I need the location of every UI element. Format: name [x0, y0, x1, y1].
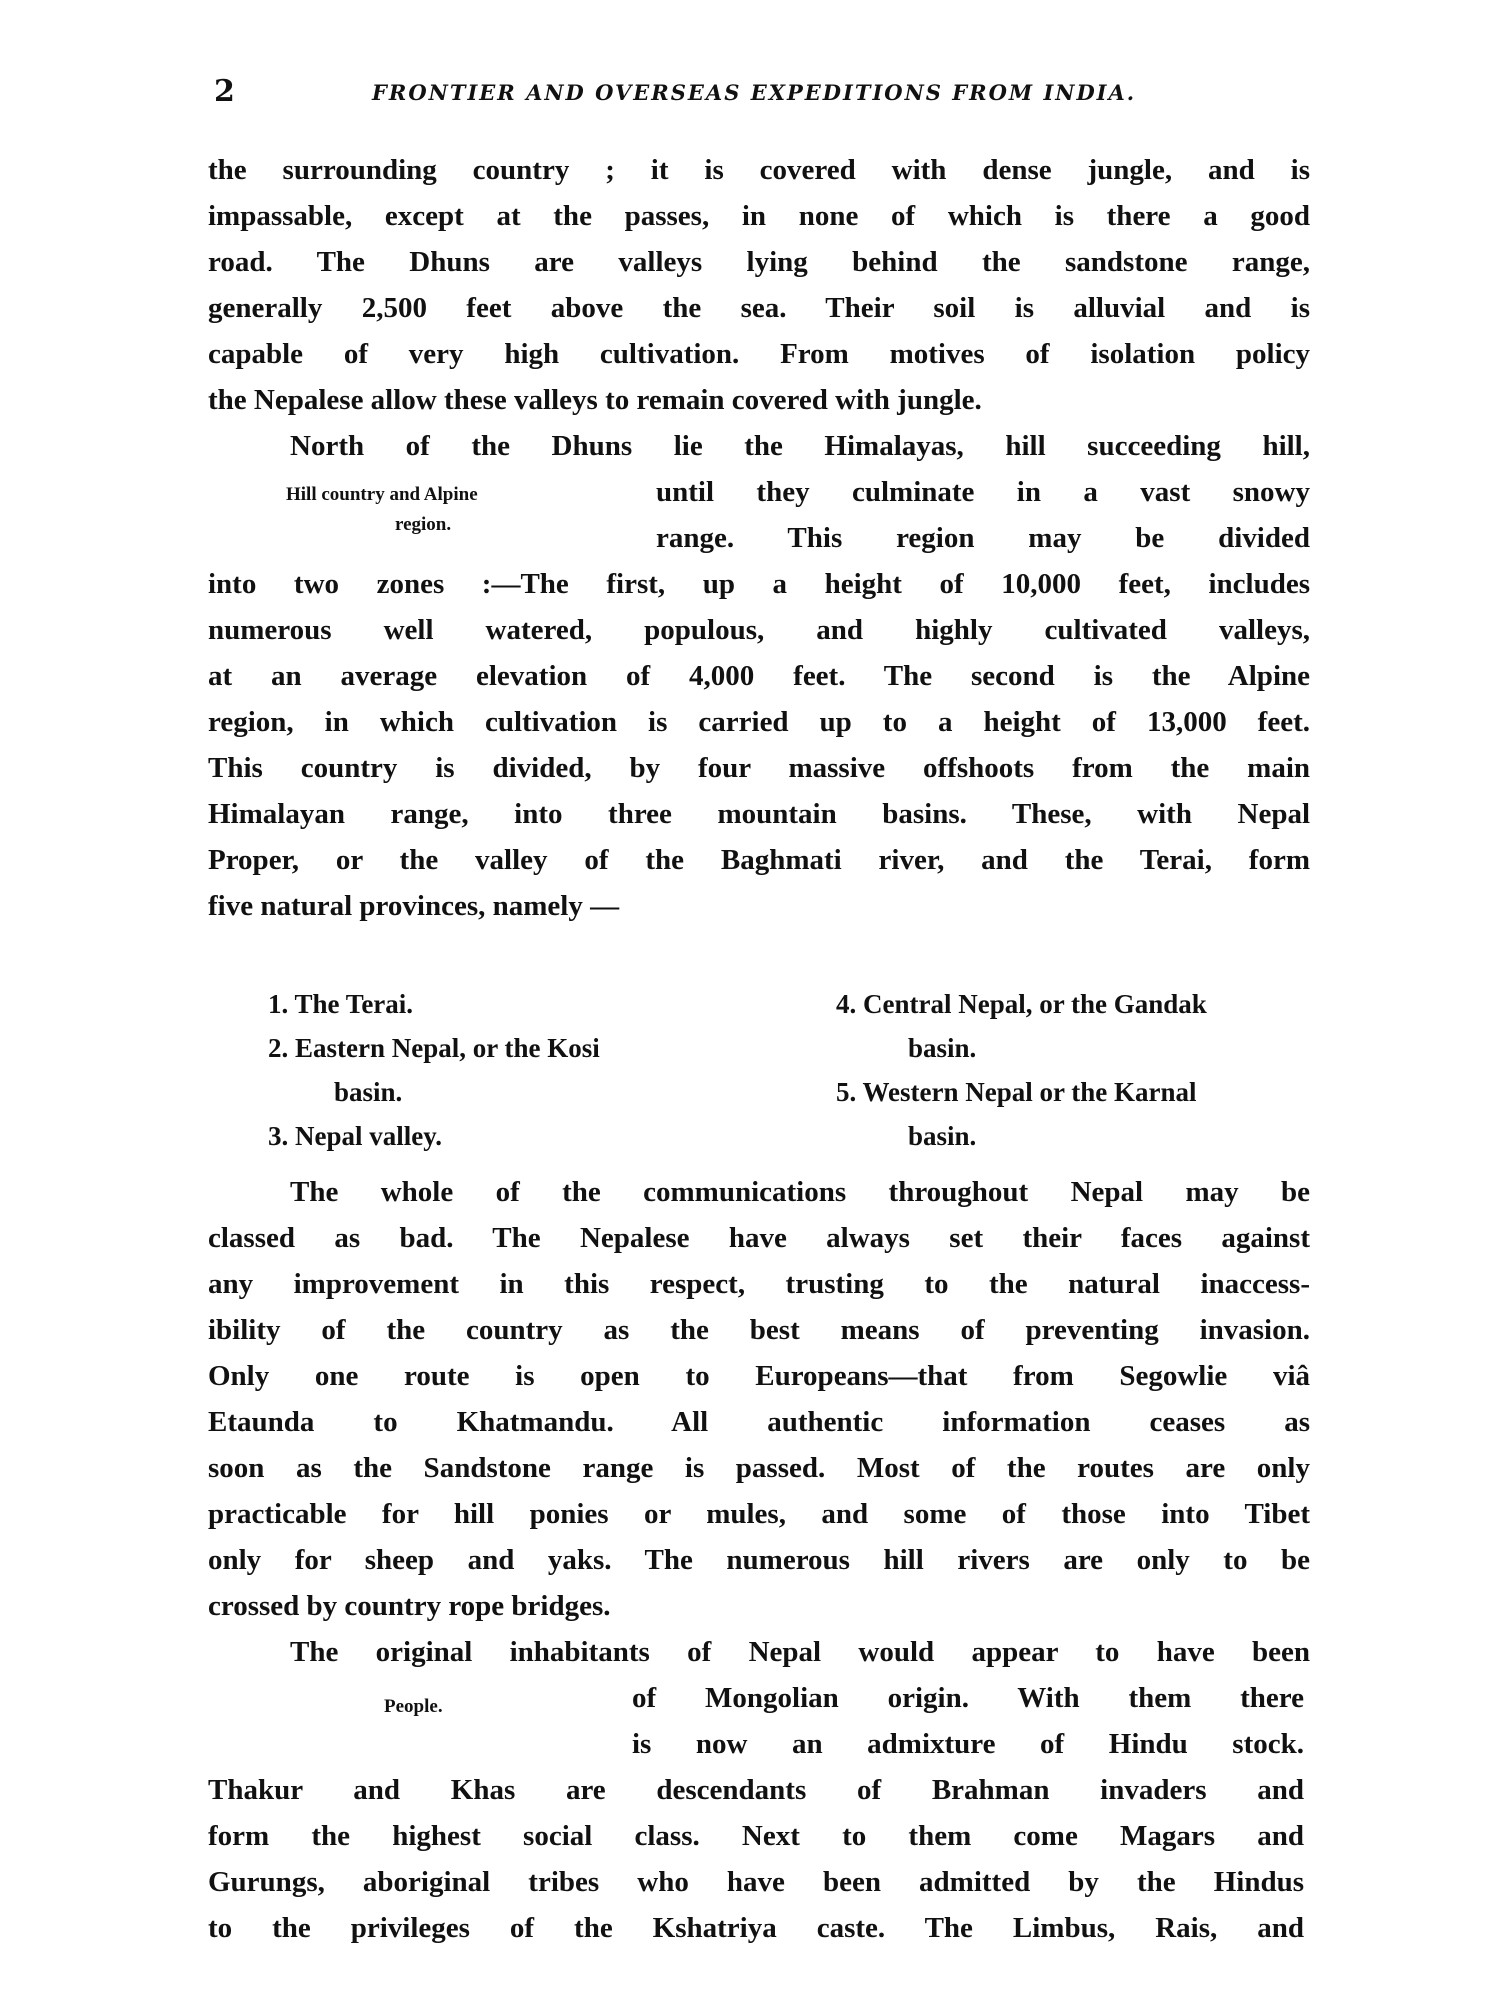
- text-line: only for sheep and yaks. The numerous hi…: [208, 1540, 1310, 1580]
- text-line: five natural provinces, namely —: [208, 886, 1310, 926]
- text-line: The original inhabitants of Nepal would …: [290, 1632, 1310, 1672]
- text-line: generally 2,500 feet above the sea. Thei…: [208, 288, 1310, 328]
- text-line: crossed by country rope bridges.: [208, 1586, 1310, 1626]
- list-item: 5. Western Nepal or the Karnal: [836, 1072, 1196, 1112]
- list-item: 1. The Terai.: [268, 984, 413, 1024]
- text-line: to the privileges of the Kshatriya caste…: [208, 1908, 1304, 1948]
- text-line: Himalayan range, into three mountain bas…: [208, 794, 1310, 834]
- sidenote-hill-country: Hill country and Alpine: [286, 484, 478, 506]
- page-number: 2: [214, 74, 235, 109]
- list-item: basin.: [908, 1028, 976, 1068]
- text-line: region, in which cultivation is carried …: [208, 702, 1310, 742]
- text-line: ibility of the country as the best means…: [208, 1310, 1310, 1350]
- text-line: Etaunda to Khatmandu. All authentic info…: [208, 1402, 1310, 1442]
- text-line: soon as the Sandstone range is passed. M…: [208, 1448, 1310, 1488]
- text-line: numerous well watered, populous, and hig…: [208, 610, 1310, 650]
- text-line: Only one route is open to Europeans—that…: [208, 1356, 1310, 1396]
- text-line: Thakur and Khas are descendants of Brahm…: [208, 1770, 1304, 1810]
- text-line: This country is divided, by four massive…: [208, 748, 1310, 788]
- text-line: until they culminate in a vast snowy: [656, 472, 1310, 512]
- text-line: into two zones :—The first, up a height …: [208, 564, 1310, 604]
- list-item: basin.: [334, 1072, 402, 1112]
- text-line: The whole of the communications througho…: [290, 1172, 1310, 1212]
- text-line: road. The Dhuns are valleys lying behind…: [208, 242, 1310, 282]
- text-line: range. This region may be divided: [656, 518, 1310, 558]
- running-header: 2 FRONTIER AND OVERSEAS EXPEDITIONS FROM…: [0, 74, 1500, 114]
- list-item: 3. Nepal valley.: [268, 1116, 442, 1156]
- text-line: capable of very high cultivation. From m…: [208, 334, 1310, 374]
- text-line: form the highest social class. Next to t…: [208, 1816, 1304, 1856]
- text-line: impassable, except at the passes, in non…: [208, 196, 1310, 236]
- text-line: of Mongolian origin. With them there: [632, 1678, 1304, 1718]
- text-line: is now an admixture of Hindu stock.: [632, 1724, 1304, 1764]
- sidenote-hill-country-cont: region.: [395, 514, 451, 536]
- text-line: classed as bad. The Nepalese have always…: [208, 1218, 1310, 1258]
- text-line: practicable for hill ponies or mules, an…: [208, 1494, 1310, 1534]
- sidenote-people: People.: [384, 1696, 443, 1718]
- list-item: 4. Central Nepal, or the Gandak: [836, 984, 1207, 1024]
- text-line: the Nepalese allow these valleys to rema…: [208, 380, 1310, 420]
- text-line: the surrounding country ; it is covered …: [208, 150, 1310, 190]
- list-item: 2. Eastern Nepal, or the Kosi: [268, 1028, 600, 1068]
- text-line: Proper, or the valley of the Baghmati ri…: [208, 840, 1310, 880]
- text-line: North of the Dhuns lie the Himalayas, hi…: [290, 426, 1310, 466]
- list-item: basin.: [908, 1116, 976, 1156]
- text-line: any improvement in this respect, trustin…: [208, 1264, 1310, 1304]
- text-line: Gurungs, aboriginal tribes who have been…: [208, 1862, 1304, 1902]
- text-line: at an average elevation of 4,000 feet. T…: [208, 656, 1310, 696]
- running-title: FRONTIER AND OVERSEAS EXPEDITIONS FROM I…: [372, 80, 1136, 105]
